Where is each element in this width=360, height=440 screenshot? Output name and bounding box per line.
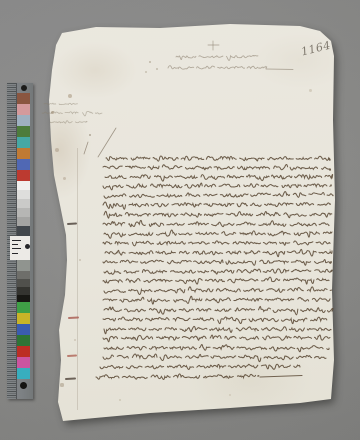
handwriting-overlay — [0, 0, 360, 440]
handwriting-line — [103, 354, 326, 362]
handwriting-line — [104, 192, 333, 199]
color-patch-bottom-5 — [17, 357, 30, 368]
registration-dot-bottom — [20, 382, 27, 389]
handwriting-line — [104, 211, 332, 218]
handwriting-line — [106, 156, 330, 161]
handwriting-line — [103, 164, 331, 170]
handwriting-line — [103, 241, 330, 246]
handwriting-line — [96, 374, 259, 380]
gray-mid-patch — [17, 260, 30, 271]
grayscale-light-step-4 — [17, 217, 30, 226]
grayscale-dark-step-1 — [17, 279, 30, 287]
color-patch-top-7 — [17, 170, 30, 181]
handwriting-line — [103, 296, 330, 304]
heading-inscription-line — [176, 56, 260, 61]
handwriting-line — [103, 202, 330, 209]
grayscale-dark-step-2 — [17, 287, 30, 295]
handwriting-line — [105, 249, 332, 256]
slate-patch — [17, 226, 30, 236]
handwriting-line — [104, 287, 332, 295]
color-patch-top-4 — [17, 137, 30, 148]
handwriting-line — [103, 220, 329, 226]
photo-backdrop: 1164 — [0, 0, 360, 440]
color-patch-bottom-0 — [17, 302, 30, 313]
closing-dash — [260, 376, 302, 378]
color-patch-bottom-2 — [17, 324, 30, 335]
color-patch-bottom-1 — [17, 313, 30, 324]
color-patch-top-3 — [17, 126, 30, 137]
heading-inscription-line — [168, 66, 267, 69]
stray-pen-stroke — [84, 142, 88, 154]
handwriting-line — [104, 269, 332, 274]
color-patch-bottom-4 — [17, 346, 30, 357]
grayscale-light-step-2 — [17, 199, 30, 208]
color-patch-top-1 — [17, 104, 30, 115]
handwriting-line — [104, 326, 331, 333]
stitch-mark — [68, 224, 76, 225]
handwriting-line — [103, 277, 329, 284]
handwriting-line — [103, 260, 331, 266]
color-patch-bottom-6 — [17, 368, 30, 379]
color-patch-top-5 — [17, 148, 30, 159]
margin-mark — [44, 103, 80, 105]
label-micro-text — [12, 240, 21, 241]
handwriting-line — [104, 345, 329, 352]
handwriting-line — [100, 364, 300, 369]
color-patch-top-0 — [17, 93, 30, 104]
label-micro-text — [12, 244, 18, 245]
stitch-mark — [69, 318, 78, 319]
margin-mark — [50, 121, 87, 123]
grayscale-dark-step-0 — [17, 271, 30, 279]
handwriting-line — [103, 183, 331, 190]
color-calibration-scale — [7, 83, 33, 399]
color-patch-top-6 — [17, 159, 30, 170]
grayscale-light-step-1 — [17, 190, 30, 199]
registration-dot-label — [25, 244, 30, 249]
grayscale-light-step-0 — [17, 181, 30, 190]
handwriting-line — [104, 306, 333, 314]
heading-flourish — [266, 69, 293, 70]
margin-mark — [42, 111, 102, 116]
handwriting-line — [103, 317, 330, 324]
handwriting-line — [105, 174, 333, 181]
grayscale-dark-step-3 — [17, 295, 30, 302]
stitch-mark — [68, 356, 76, 357]
label-micro-text — [12, 253, 18, 254]
handwriting-line — [104, 230, 332, 238]
color-patch-top-2 — [17, 115, 30, 126]
stitch-mark — [66, 379, 75, 380]
handwriting-line — [103, 335, 330, 342]
label-micro-text — [12, 248, 21, 249]
stray-pen-stroke — [98, 128, 116, 157]
color-patch-bottom-3 — [17, 335, 30, 346]
grayscale-light-step-3 — [17, 208, 30, 217]
registration-dot-top — [21, 85, 27, 91]
